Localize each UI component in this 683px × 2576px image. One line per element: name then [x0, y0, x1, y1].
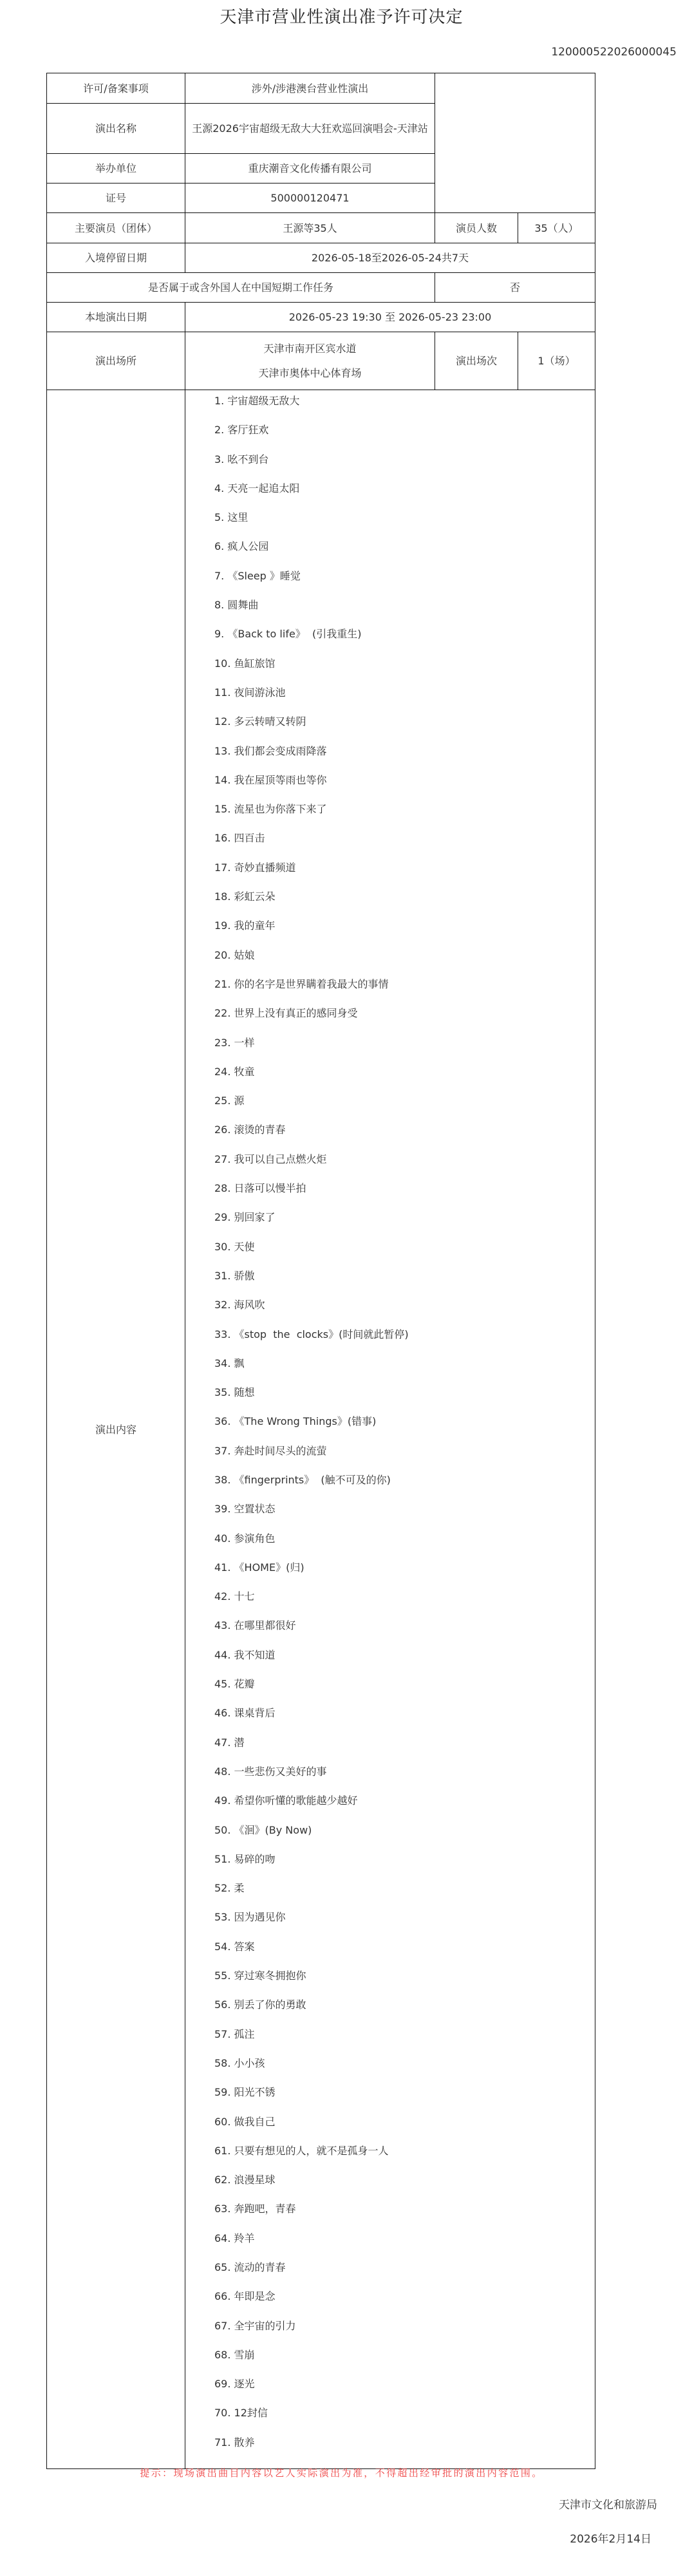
song-item: 25. 源	[214, 1093, 595, 1122]
venue-name: 天津市奥体中心体育场	[189, 361, 431, 386]
song-item: 68. 雪崩	[214, 2347, 595, 2376]
hint-notice: 提示：现场演出曲目内容以艺人实际演出为准，不得超出经审批的演出内容范围。	[0, 2466, 683, 2479]
song-item: 69. 逐光	[214, 2376, 595, 2405]
entry-stay-value: 2026-05-18至2026-05-24共7天	[185, 243, 595, 273]
document-title: 天津市营业性演出准予许可决定	[0, 4, 683, 28]
song-item: 39. 空置状态	[214, 1501, 595, 1530]
song-item: 45. 花瓣	[214, 1676, 595, 1705]
song-item: 55. 穿过寒冬拥抱你	[214, 1968, 595, 1997]
song-item: 22. 世界上没有真正的感同身受	[214, 1005, 595, 1034]
song-item: 43. 在哪里都很好	[214, 1617, 595, 1646]
song-item: 36. 《The Wrong Things》(错事)	[214, 1413, 595, 1442]
song-item: 18. 彩虹云朵	[214, 888, 595, 917]
song-item: 1. 宇宙超级无敌大	[214, 393, 595, 422]
song-item: 17. 奇妙直播频道	[214, 860, 595, 888]
issuing-authority: 天津市文化和旅游局	[559, 2496, 657, 2512]
song-item: 5. 这里	[214, 509, 595, 538]
performer-count-value: 35（人）	[518, 213, 595, 243]
song-item: 29. 别回家了	[214, 1209, 595, 1238]
song-item: 40. 参演角色	[214, 1530, 595, 1559]
song-item: 9. 《Back to life》 (引我重生)	[214, 626, 595, 655]
license-label: 证号	[47, 183, 185, 213]
song-item: 14. 我在屋顶等雨也等你	[214, 772, 595, 801]
song-item: 54. 答案	[214, 1939, 595, 1968]
song-item: 24. 牧童	[214, 1064, 595, 1093]
song-item: 2. 客厅狂欢	[214, 422, 595, 451]
song-item: 44. 我不知道	[214, 1647, 595, 1676]
main-performers-label: 主要演员（团体）	[47, 213, 185, 243]
song-item: 48. 一些悲伤又美好的事	[214, 1763, 595, 1792]
song-item: 51. 易碎的吻	[214, 1851, 595, 1880]
song-item: 70. 12封信	[214, 2405, 595, 2434]
song-item: 31. 骄傲	[214, 1268, 595, 1297]
song-item: 6. 疯人公园	[214, 538, 595, 567]
license-value: 500000120471	[185, 183, 435, 213]
song-item: 3. 吆不到台	[214, 451, 595, 480]
venue-address: 天津市南开区宾水道	[189, 337, 431, 361]
song-item: 60. 做我自己	[214, 2114, 595, 2143]
show-name-label: 演出名称	[47, 104, 185, 154]
blank-cell	[435, 73, 595, 213]
song-item: 26. 滚烫的青春	[214, 1122, 595, 1151]
song-item: 71. 散养	[214, 2434, 595, 2463]
song-list: 1. 宇宙超级无敌大2. 客厅狂欢3. 吆不到台4. 天亮一起追太阳5. 这里6…	[214, 390, 595, 2468]
song-item: 61. 只要有想见的人，就不是孤身一人	[214, 2143, 595, 2172]
organizer-label: 举办单位	[47, 154, 185, 183]
content-label: 演出内容	[47, 390, 185, 2469]
song-item: 28. 日落可以慢半拍	[214, 1180, 595, 1209]
song-item: 38. 《fingerprints》 (触不可及的你)	[214, 1472, 595, 1501]
venue-value: 天津市南开区宾水道 天津市奥体中心体育场	[185, 332, 435, 390]
song-item: 30. 天使	[214, 1239, 595, 1268]
song-item: 34. 飘	[214, 1355, 595, 1384]
song-item: 35. 随想	[214, 1384, 595, 1413]
song-item: 62. 浪漫星球	[214, 2172, 595, 2201]
song-item: 20. 姑娘	[214, 947, 595, 976]
song-item: 32. 海风吹	[214, 1297, 595, 1326]
song-item: 52. 柔	[214, 1880, 595, 1909]
song-item: 41. 《HOME》(归)	[214, 1559, 595, 1588]
song-item: 8. 圆舞曲	[214, 597, 595, 626]
song-item: 10. 鱼缸旅馆	[214, 655, 595, 684]
local-date-label: 本地演出日期	[47, 303, 185, 332]
song-item: 27. 我可以自己点燃火炬	[214, 1151, 595, 1180]
song-item: 46. 课桌背后	[214, 1705, 595, 1734]
song-item: 37. 奔赴时间尽头的流萤	[214, 1443, 595, 1472]
song-item: 49. 希望你听懂的歌能越少越好	[214, 1792, 595, 1821]
song-item: 59. 阳光不锈	[214, 2084, 595, 2113]
organizer-value: 重庆潮音文化传播有限公司	[185, 154, 435, 183]
sessions-label: 演出场次	[435, 332, 518, 390]
foreign-work-value: 否	[435, 273, 595, 303]
song-item: 50. 《洄》(By Now)	[214, 1822, 595, 1851]
song-item: 65. 流动的青春	[214, 2259, 595, 2288]
song-item: 11. 夜间游泳池	[214, 684, 595, 713]
song-item: 16. 四百击	[214, 830, 595, 859]
foreign-work-label: 是否属于或含外国人在中国短期工作任务	[47, 273, 435, 303]
show-name-value: 王源2026宇宙超级无敌大大狂欢巡回演唱会-天津站	[185, 104, 435, 154]
song-item: 15. 流星也为你落下来了	[214, 801, 595, 830]
permit-item-label: 许可/备案事项	[47, 73, 185, 104]
song-item: 56. 别丢了你的勇敢	[214, 1997, 595, 2026]
song-item: 33. 《stop the clocks》(时间就此暂停)	[214, 1326, 595, 1355]
issue-date: 2026年2月14日	[570, 2530, 651, 2546]
song-item: 57. 孤注	[214, 2026, 595, 2055]
permit-item-value: 涉外/涉港澳台营业性演出	[185, 73, 435, 104]
main-performers-value: 王源等35人	[185, 213, 435, 243]
song-item: 4. 天亮一起追太阳	[214, 480, 595, 509]
venue-label: 演出场所	[47, 332, 185, 390]
local-date-value: 2026-05-23 19:30 至 2026-05-23 23:00	[185, 303, 595, 332]
sessions-value: 1（场）	[518, 332, 595, 390]
song-item: 42. 十七	[214, 1588, 595, 1617]
song-item: 64. 羚羊	[214, 2230, 595, 2259]
song-item: 13. 我们都会变成雨降落	[214, 743, 595, 772]
song-item: 21. 你的名字是世界瞒着我最大的事情	[214, 976, 595, 1005]
song-item: 53. 因为遇见你	[214, 1909, 595, 1938]
song-item: 58. 小小孩	[214, 2055, 595, 2084]
permit-table: 许可/备案事项 涉外/涉港澳台营业性演出 演出名称 王源2026宇宙超级无敌大大…	[46, 73, 595, 2469]
song-item: 7. 《Sleep 》睡觉	[214, 568, 595, 597]
song-item: 12. 多云转晴又转阴	[214, 713, 595, 742]
song-item: 66. 年即是念	[214, 2288, 595, 2317]
performer-count-label: 演员人数	[435, 213, 518, 243]
song-item: 63. 奔跑吧，青春	[214, 2201, 595, 2230]
song-item: 19. 我的童年	[214, 917, 595, 946]
document-number: 120000522026000045	[551, 46, 677, 59]
song-item: 67. 全宇宙的引力	[214, 2318, 595, 2347]
entry-stay-label: 入境停留日期	[47, 243, 185, 273]
song-item: 23. 一样	[214, 1035, 595, 1064]
song-item: 47. 潜	[214, 1735, 595, 1763]
content-value: 1. 宇宙超级无敌大2. 客厅狂欢3. 吆不到台4. 天亮一起追太阳5. 这里6…	[185, 390, 595, 2469]
